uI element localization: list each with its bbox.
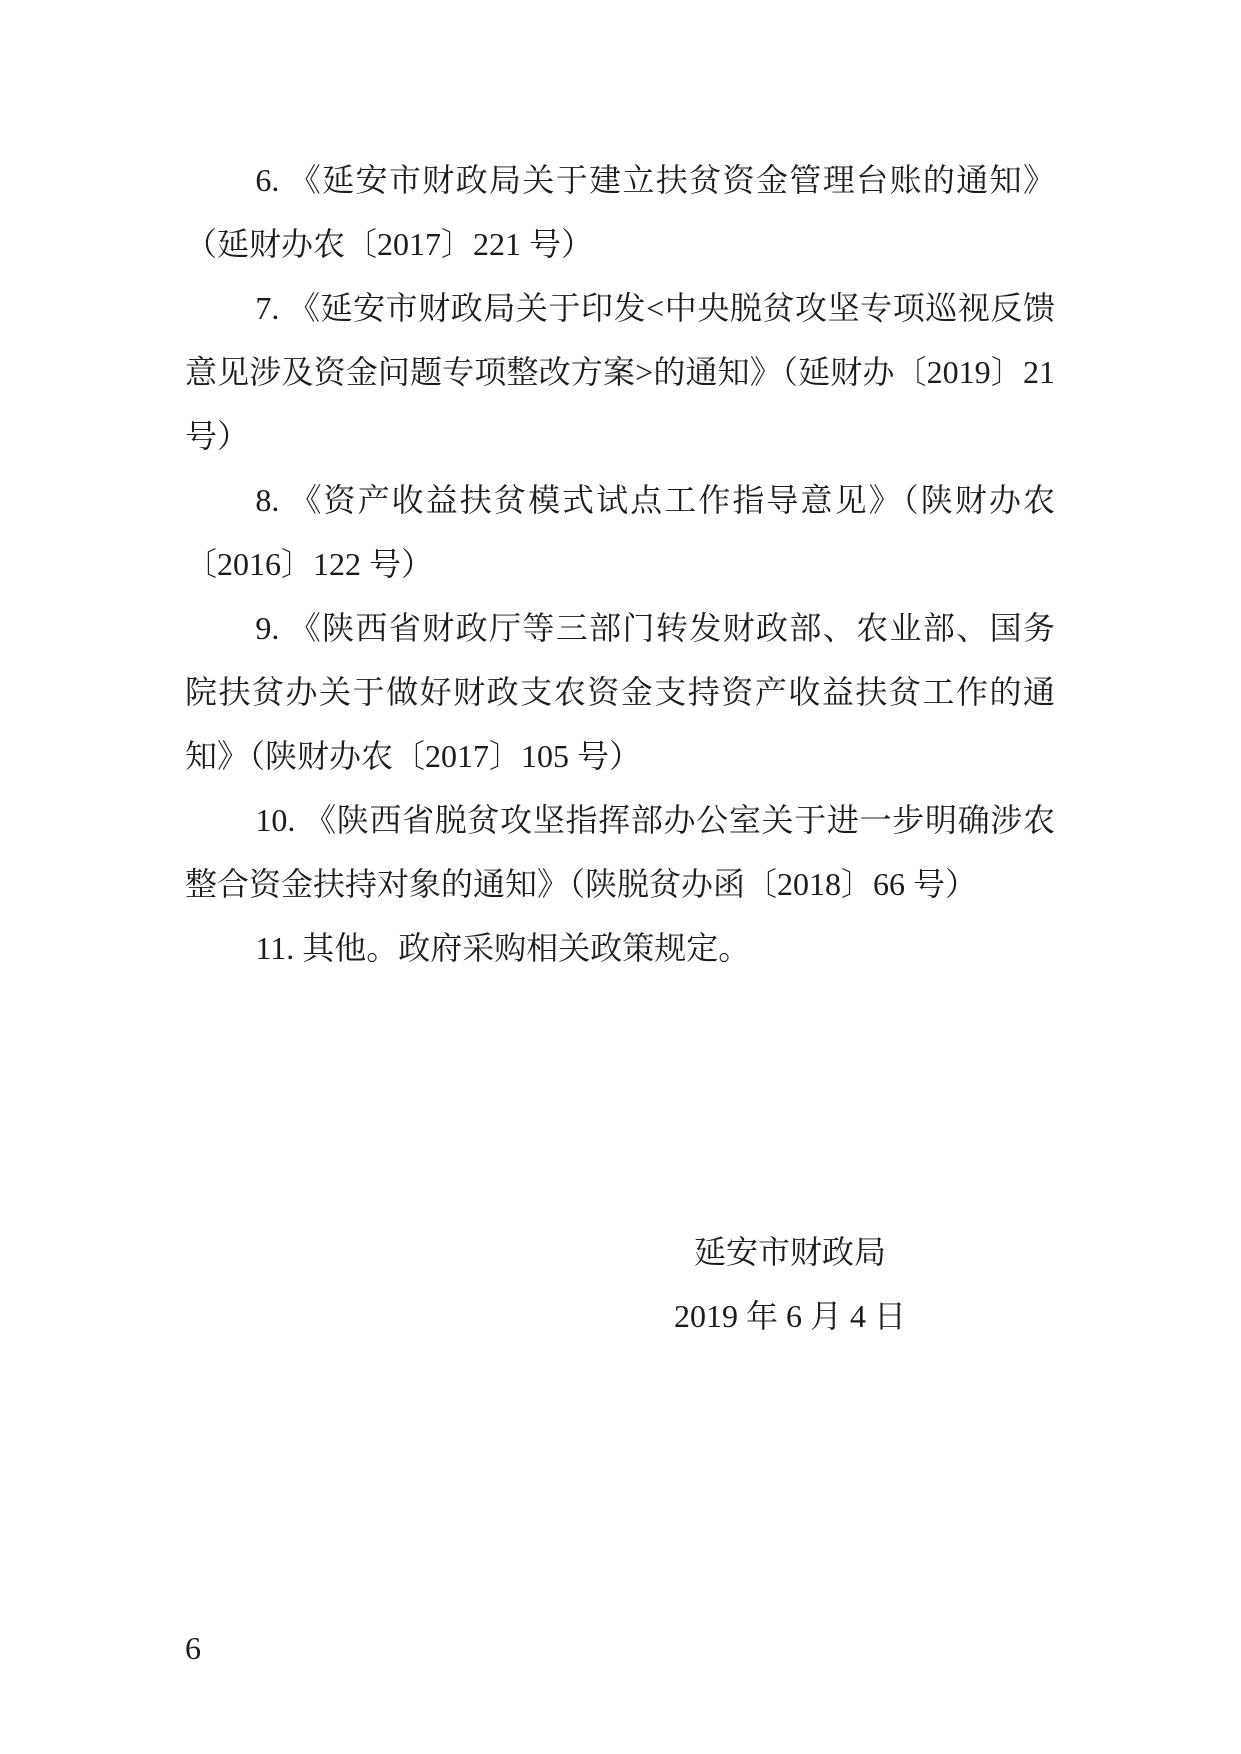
signature-date: 2019 年 6 月 4 日	[600, 1284, 980, 1348]
blank-space	[185, 980, 1055, 1220]
signature-block: 延安市财政局 2019 年 6 月 4 日	[600, 1220, 980, 1348]
list-item-8: 8. 《资产收益扶贫模式试点工作指导意见》（陕财办农〔2016〕122 号）	[185, 468, 1055, 596]
document-body: 6. 《延安市财政局关于建立扶贫资金管理台账的通知》（延财办农〔2017〕221…	[185, 148, 1055, 980]
signature-org: 延安市财政局	[600, 1220, 980, 1284]
list-item-7: 7. 《延安市财政局关于印发<中央脱贫攻坚专项巡视反馈意见涉及资金问题专项整改方…	[185, 276, 1055, 468]
page-number: 6	[185, 1616, 1055, 1680]
list-item-11: 11. 其他。政府采购相关政策规定。	[185, 916, 1055, 980]
list-item-10: 10. 《陕西省脱贫攻坚指挥部办公室关于进一步明确涉农整合资金扶持对象的通知》（…	[185, 788, 1055, 916]
document-page: 6. 《延安市财政局关于建立扶贫资金管理台账的通知》（延财办农〔2017〕221…	[0, 0, 1241, 1754]
blank-space	[185, 1348, 1055, 1616]
list-item-9: 9. 《陕西省财政厅等三部门转发财政部、农业部、国务院扶贫办关于做好财政支农资金…	[185, 596, 1055, 788]
list-item-6: 6. 《延安市财政局关于建立扶贫资金管理台账的通知》（延财办农〔2017〕221…	[185, 148, 1055, 276]
